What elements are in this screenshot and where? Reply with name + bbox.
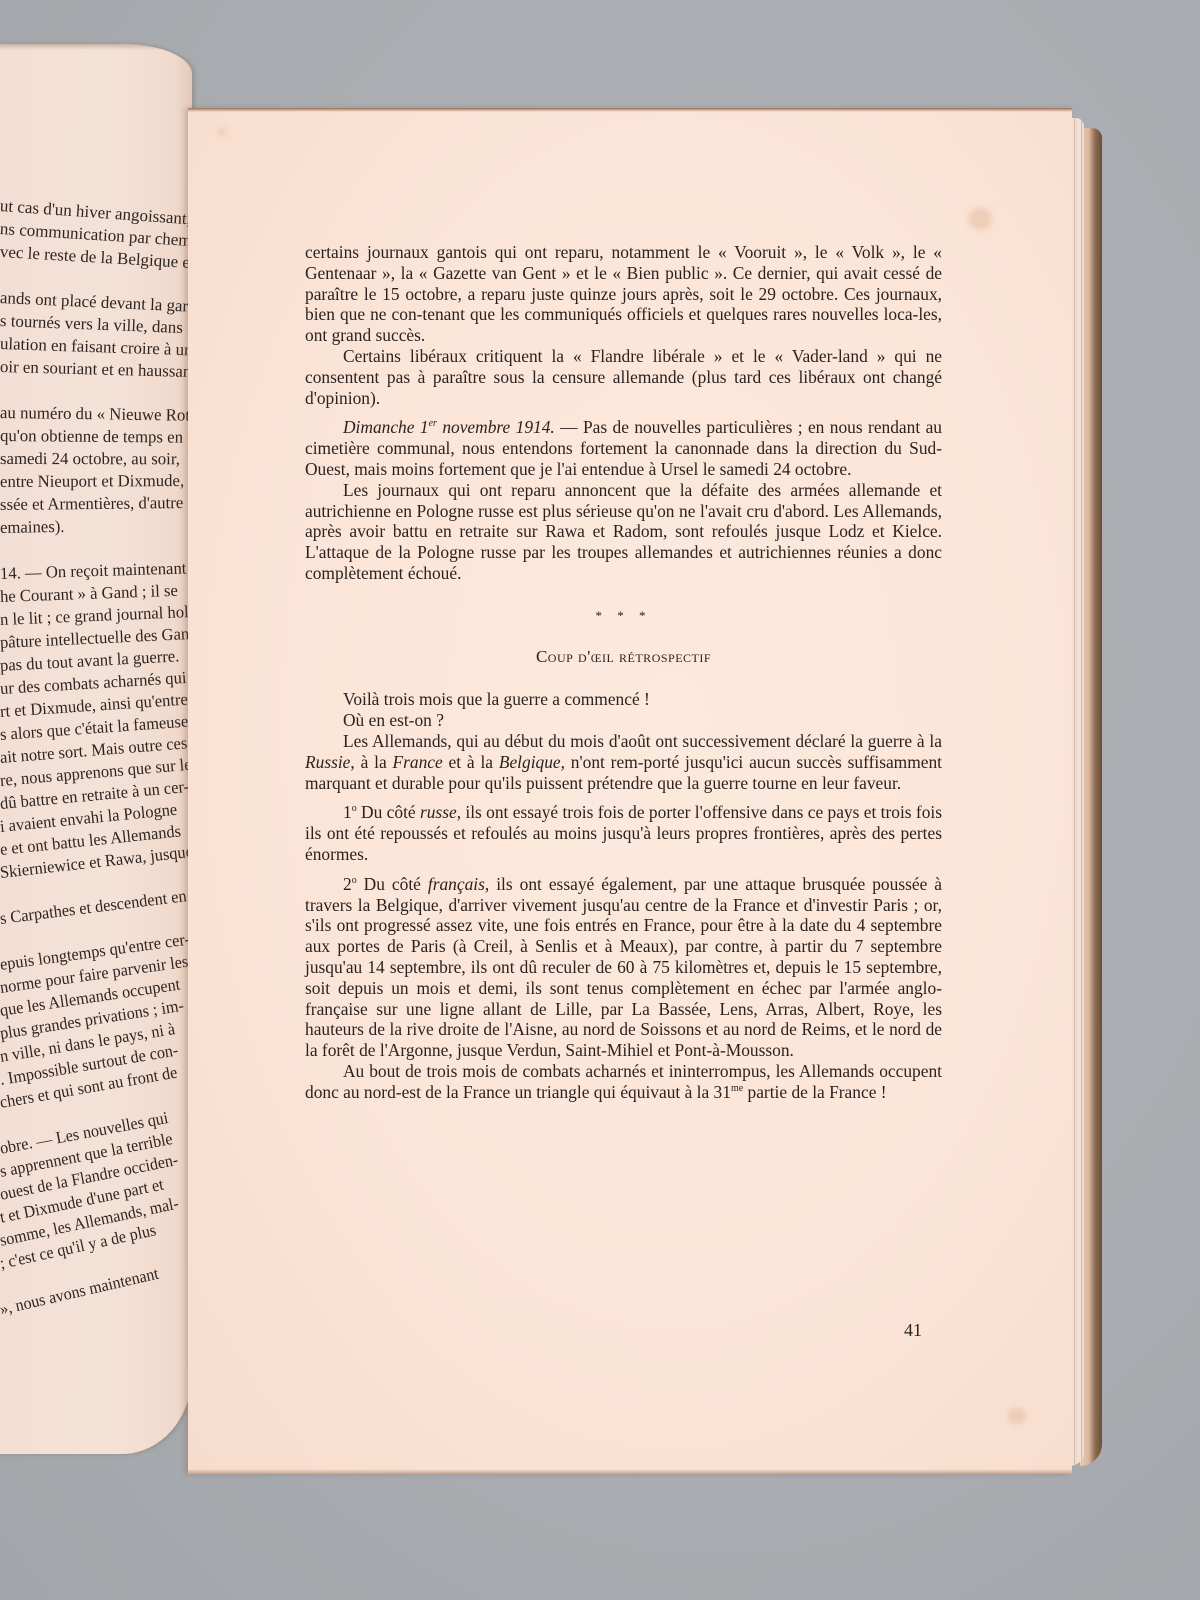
paragraph-pologne: Les journaux qui ont reparu annoncent qu… (305, 480, 942, 584)
date-heading: Dimanche 1er novembre 1914. (343, 417, 555, 437)
left-page-line: samedi 24 octobre, au soir, (0, 447, 187, 470)
left-page-line: qu'on obtienne de temps en (0, 424, 188, 449)
paragraph-conclusion: Au bout de trois mois de combats acharné… (305, 1061, 942, 1103)
left-page-text: ut cas d'un hiver angoissant,ns communic… (0, 194, 190, 1321)
paragraph-trois-mois: Voilà trois mois que la guerre a commenc… (305, 689, 942, 710)
section-separator: * * * (305, 606, 942, 627)
section-title: Coup d'œil rétrospectif (305, 647, 942, 668)
right-page: certains journaux gantois qui ont reparu… (188, 108, 1072, 1474)
page-number: 41 (904, 1320, 922, 1341)
left-page-line: entre Nieuport et Dixmude, (0, 469, 187, 493)
page-body: certains journaux gantois qui ont reparu… (305, 242, 942, 1102)
foxing-spot (218, 128, 226, 136)
paragraph-cote-francais: 2o Du côté français, ils ont essayé égal… (305, 874, 942, 1061)
paragraph-journaux: certains journaux gantois qui ont reparu… (305, 242, 942, 346)
left-page: ut cas d'un hiver angoissant,ns communic… (0, 44, 192, 1454)
paragraph-dimanche: Dimanche 1er novembre 1914. — Pas de nou… (305, 417, 942, 479)
paragraph-liberaux: Certains libéraux critiquent la « Flandr… (305, 346, 942, 408)
paragraph-allemands: Les Allemands, qui au début du mois d'ao… (305, 731, 942, 793)
left-page-line: au numéro du « Nieuwe Rot- (0, 401, 188, 427)
paragraph-cote-russe: 1o Du côté russe, ils ont essayé trois f… (305, 802, 942, 864)
foxing-spot (968, 208, 992, 230)
foxing-spot (1008, 1408, 1026, 1424)
paragraph-ou-en-est-on: Où en est-on ? (305, 710, 942, 731)
